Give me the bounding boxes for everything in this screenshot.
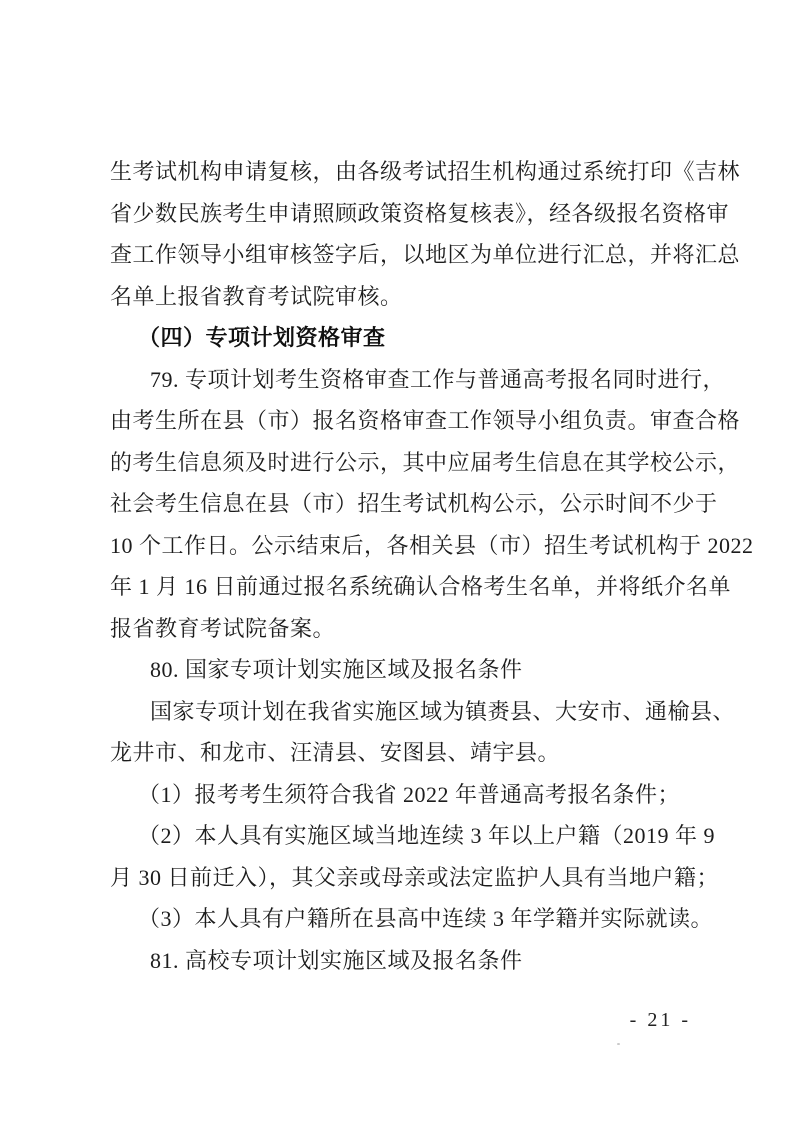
text-line: 龙井市、和龙市、汪清县、安图县、靖宇县。 [110, 732, 730, 774]
item-81-heading: 81. 高校专项计划实施区域及报名条件 [110, 940, 730, 982]
text-line: 报省教育考试院备案。 [110, 608, 730, 650]
text-line: 的考生信息须及时进行公示，其中应届考生信息在其学校公示， [110, 442, 730, 484]
scan-artifact [617, 1043, 620, 1045]
text-line: 查工作领导小组审核签字后，以地区为单位进行汇总，并将汇总 [110, 234, 730, 276]
text-line: 省少数民族考生申请照顾政策资格复核表》，经各级报名资格审 [110, 193, 730, 235]
text-line: 名单上报省教育考试院审核。 [110, 276, 730, 318]
condition-2-line: （2）本人具有实施区域当地连续 3 年以上户籍（2019 年 9 [110, 815, 730, 857]
condition-3-line: （3）本人具有户籍所在县高中连续 3 年学籍并实际就读。 [110, 898, 730, 940]
text-line: 月 30 日前迁入），其父亲或母亲或法定监护人具有当地户籍； [110, 857, 730, 899]
text-line: 10 个工作日。公示结束后，各相关县（市）招生考试机构于 2022 [110, 525, 730, 567]
text-line: 社会考生信息在县（市）招生考试机构公示，公示时间不少于 [110, 483, 730, 525]
text-line: 79. 专项计划考生资格审查工作与普通高考报名同时进行， [110, 359, 730, 401]
document-text: 生考试机构申请复核，由各级考试招生机构通过系统打印《吉林 省少数民族考生申请照顾… [110, 151, 730, 981]
condition-1-line: （1）报考考生须符合我省 2022 年普通高考报名条件； [110, 774, 730, 816]
text-line: 国家专项计划在我省实施区域为镇赉县、大安市、通榆县、 [110, 691, 730, 733]
page-number: - 21 - [630, 1008, 691, 1032]
text-line: 年 1 月 16 日前通过报名系统确认合格考生名单，并将纸介名单 [110, 566, 730, 608]
item-80-heading: 80. 国家专项计划实施区域及报名条件 [110, 649, 730, 691]
text-line: 由考生所在县（市）报名资格审查工作领导小组负责。审查合格 [110, 400, 730, 442]
document-page: 生考试机构申请复核，由各级考试招生机构通过系统打印《吉林 省少数民族考生申请照顾… [0, 0, 799, 1129]
section-heading: （四）专项计划资格审查 [110, 317, 730, 359]
text-line: 生考试机构申请复核，由各级考试招生机构通过系统打印《吉林 [110, 151, 730, 193]
